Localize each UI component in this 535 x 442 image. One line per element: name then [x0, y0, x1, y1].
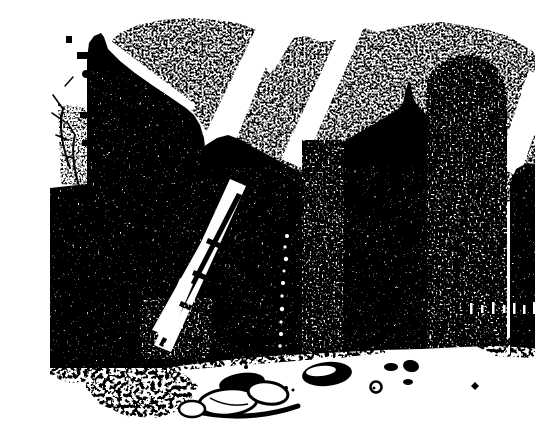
illustration-canvas: High-contrast black-and-white ink illust… — [40, 16, 535, 426]
fence-gap — [470, 303, 473, 314]
pebble — [373, 387, 376, 390]
tower-speckle — [427, 55, 507, 368]
pole-mark — [66, 36, 72, 43]
pebble — [403, 379, 413, 385]
pebble-ring — [371, 382, 382, 393]
drip-dot — [283, 245, 286, 248]
drip-dot — [279, 320, 282, 323]
drip-dot — [281, 281, 285, 285]
drip-dot — [285, 234, 289, 238]
drip-dot — [280, 307, 284, 311]
drip-dot — [278, 344, 281, 347]
drip-dot — [280, 294, 283, 297]
plank-base-speckle — [140, 298, 212, 360]
woodcut-illustration: High-contrast black-and-white ink illust… — [40, 16, 535, 426]
shed-speckle-sparse — [512, 166, 535, 356]
drip-dot — [279, 332, 283, 336]
fence-gap — [523, 305, 526, 314]
fence-gap — [492, 302, 495, 314]
pebble — [384, 363, 398, 371]
fence-gap — [481, 305, 484, 313]
pebble — [284, 386, 288, 390]
pebble — [292, 389, 295, 392]
stone — [179, 401, 205, 417]
fence-gap — [513, 303, 516, 314]
pebble — [244, 365, 248, 369]
drip-dot — [283, 270, 286, 273]
barn-speckle-sparse — [90, 71, 205, 171]
pole-knob — [82, 70, 90, 78]
drip-dot — [284, 257, 288, 261]
pole-peg — [77, 52, 88, 59]
fence-gap — [503, 305, 506, 313]
